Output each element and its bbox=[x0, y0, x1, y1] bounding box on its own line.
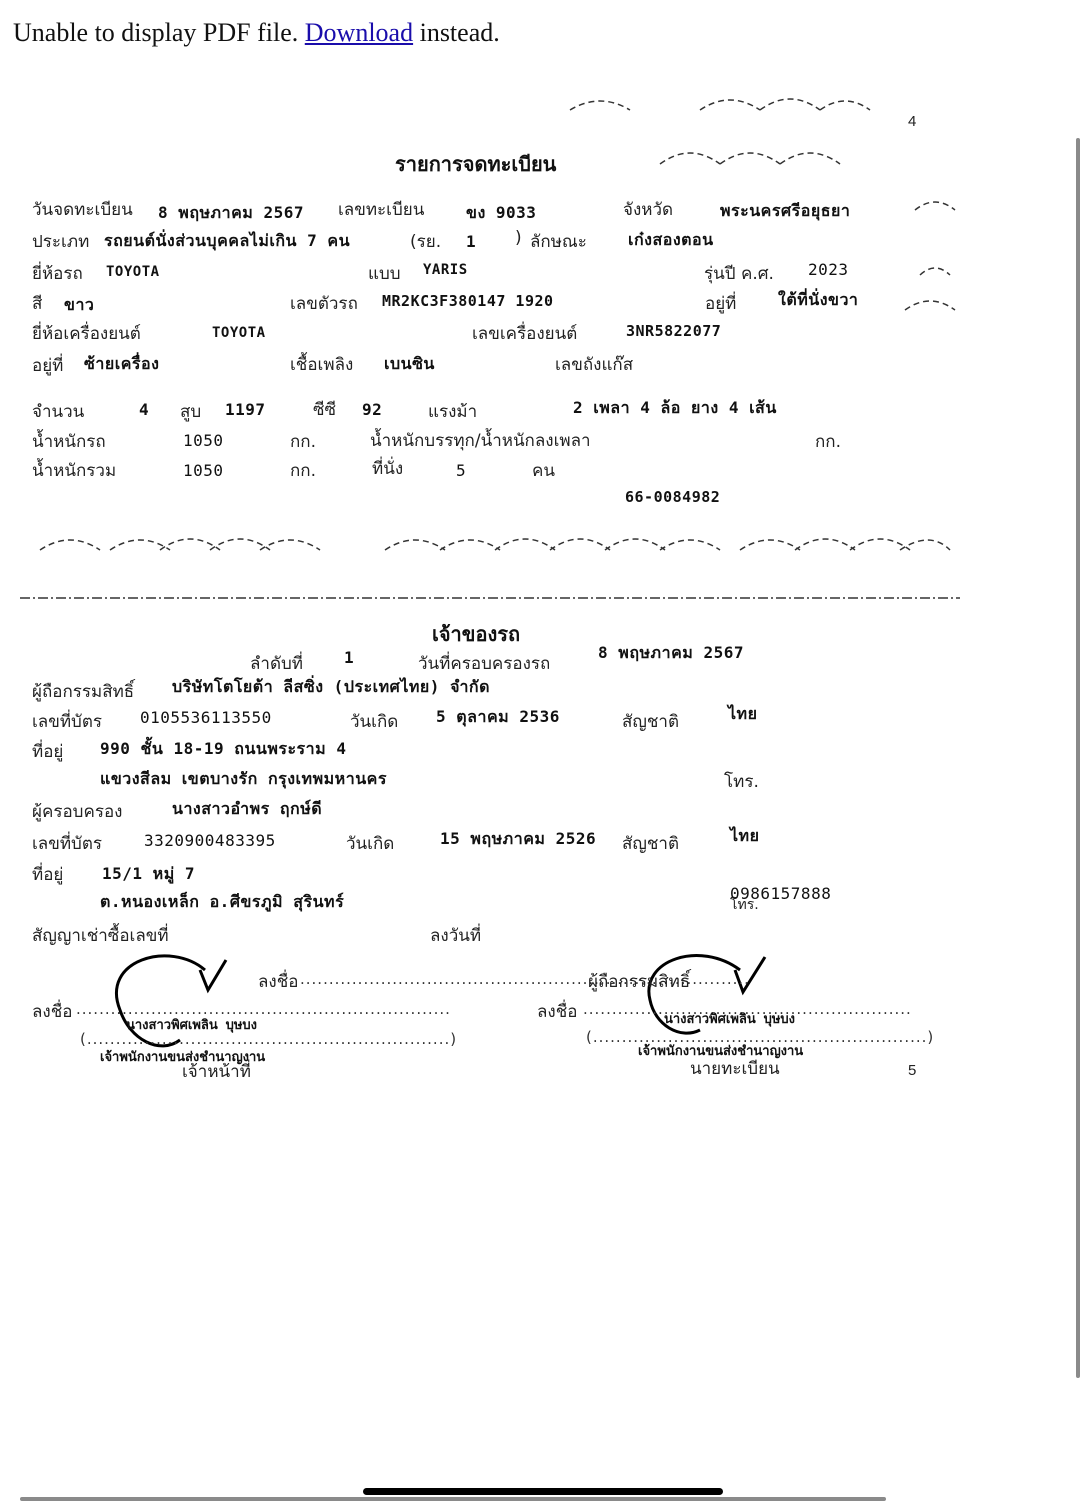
possessor-address-line1: 15/1 หมู่ 7 bbox=[102, 862, 195, 887]
type-label: ประเภท bbox=[32, 228, 89, 255]
cc-label: ซีซี bbox=[313, 396, 336, 423]
possessor-id: 3320900483395 bbox=[144, 831, 276, 850]
holder-nationality: ไทย bbox=[728, 702, 757, 727]
registration-document: 4 รายการจดทะเบียน วันจดทะเบียน 8 พฤษภาคม… bbox=[0, 80, 1070, 1110]
vertical-scrollbar[interactable] bbox=[1076, 138, 1080, 1378]
possessor-id-label: เลขที่บัตร bbox=[32, 830, 102, 857]
gas-tank-label: เลขถังแก๊ส bbox=[555, 351, 633, 378]
signed-date-label: ลงวันที่ bbox=[430, 922, 481, 949]
reg-date-label: วันจดทะเบียน bbox=[32, 196, 133, 223]
holder-dob-label: วันเกิด bbox=[350, 708, 398, 735]
holder-sign-label: ผู้ถือกรรมสิทธิ์ bbox=[588, 968, 690, 995]
possession-date: 8 พฤษภาคม 2567 bbox=[598, 641, 744, 666]
sign-label-middle: ลงชื่อ bbox=[258, 968, 298, 995]
possessor-nationality-label: สัญชาติ bbox=[622, 830, 679, 857]
possessor-label: ผู้ครอบครอง bbox=[32, 798, 122, 825]
model-year: 2023 bbox=[808, 260, 849, 279]
holder-dob: 5 ตุลาคม 2536 bbox=[436, 705, 560, 730]
holder-nationality-label: สัญชาติ bbox=[622, 708, 679, 735]
style-label: ลักษณะ bbox=[530, 228, 587, 255]
brand: TOYOTA bbox=[106, 264, 160, 280]
ry-label: (รย. bbox=[410, 228, 441, 255]
sign-label-registrar: ลงชื่อ bbox=[537, 998, 577, 1025]
registration-title: รายการจดทะเบียน bbox=[395, 148, 556, 180]
weight-label: น้ำหนักรถ bbox=[32, 428, 106, 455]
holder-label: ผู้ถือกรรมสิทธิ์ bbox=[32, 678, 134, 705]
order-label: ลำดับที่ bbox=[250, 650, 303, 677]
color: ขาว bbox=[64, 293, 94, 318]
holder-id: 0105536113550 bbox=[140, 708, 272, 727]
home-indicator[interactable] bbox=[363, 1488, 723, 1495]
engine-location-label: อยู่ที่ bbox=[32, 352, 63, 379]
download-link[interactable]: Download bbox=[305, 18, 413, 47]
registrar-role: นายทะเบียน bbox=[690, 1055, 780, 1082]
plate-number: ขง 9033 bbox=[466, 201, 536, 226]
possessor-dob-label: วันเกิด bbox=[346, 830, 394, 857]
officer-role: เจ้าหน้าที่ bbox=[182, 1058, 251, 1085]
possessor-phone: 0986157888 bbox=[730, 884, 831, 903]
cc-value: 1197 bbox=[225, 400, 266, 419]
engine-location: ซ้ายเครื่อง bbox=[84, 352, 159, 377]
cylinder-unit: สูบ bbox=[180, 398, 201, 425]
engine-number-label: เลขเครื่องยนต์ bbox=[472, 320, 577, 347]
cylinder-label: จำนวน bbox=[32, 398, 84, 425]
total-weight-label: น้ำหนักรวม bbox=[32, 457, 116, 484]
document-number: 66-0084982 bbox=[625, 488, 720, 506]
holder-id-label: เลขที่บัตร bbox=[32, 708, 102, 735]
year-label: รุ่นปี ค.ศ. bbox=[704, 260, 774, 287]
axles-wheels: 2 เพลา 4 ล้อ ยาง 4 เส้น bbox=[573, 396, 777, 421]
model-label: แบบ bbox=[368, 260, 401, 287]
reg-date: 8 พฤษภาคม 2567 bbox=[158, 201, 304, 226]
persons-unit: คน bbox=[532, 457, 555, 484]
body-style: เก๋งสองตอน bbox=[628, 228, 714, 253]
possessor-name: นางสาวอำพร ฤกษ์ดี bbox=[172, 797, 322, 822]
sign-label-officer: ลงชื่อ bbox=[32, 998, 72, 1025]
chassis-location: ใต้ที่นั่งขวา bbox=[778, 288, 858, 313]
vehicle-type: รถยนต์นั่งส่วนบุคคลไม่เกิน 7 คน bbox=[104, 229, 350, 254]
engine-number: 3NR5822077 bbox=[626, 322, 721, 340]
load-weight-unit: กก. bbox=[815, 428, 841, 455]
province: พระนครศรีอยุธยา bbox=[720, 199, 850, 224]
owner-section-title: เจ้าของรถ bbox=[432, 618, 520, 650]
chassis-location-label: อยู่ที่ bbox=[705, 290, 736, 317]
plate-label: เลขทะเบียน bbox=[338, 196, 424, 223]
page-number-bottom: 5 bbox=[908, 1062, 916, 1079]
load-weight-label: น้ำหนักบรรทุก/น้ำหนักลงเพลา bbox=[370, 427, 591, 454]
cylinder-count: 4 bbox=[139, 400, 149, 419]
fallback-suffix: instead. bbox=[420, 18, 500, 47]
vehicle-weight: 1050 bbox=[183, 431, 224, 450]
engine-brand-label: ยี่ห้อเครื่องยนต์ bbox=[32, 320, 141, 347]
holder-phone-label: โทร. bbox=[724, 768, 759, 795]
possessor-dob: 15 พฤษภาคม 2526 bbox=[440, 827, 596, 852]
fuel-label: เชื้อเพลิง bbox=[290, 351, 353, 378]
pdf-fallback-message: Unable to display PDF file. Download ins… bbox=[13, 18, 500, 48]
possessor-address-label: ที่อยู่ bbox=[32, 861, 63, 888]
possessor-address-line2: ต.หนองเหล็ก อ.ศีขรภูมิ สุรินทร์ bbox=[100, 890, 344, 915]
seats-label: ที่นั่ง bbox=[372, 455, 403, 482]
chassis-label: เลขตัวรถ bbox=[290, 290, 358, 317]
color-label: สี bbox=[32, 290, 42, 317]
total-weight: 1050 bbox=[183, 461, 224, 480]
chassis-number: MR2KC3F380147 1920 bbox=[382, 292, 554, 310]
registrar-name-stamp: นางสาวพิศเพลิน บุษบง bbox=[664, 1008, 795, 1029]
seat-count: 5 bbox=[456, 461, 466, 480]
horsepower: 92 bbox=[362, 400, 382, 419]
contract-label: สัญญาเช่าซื้อเลขที่ bbox=[32, 922, 169, 949]
brand-label: ยี่ห้อรถ bbox=[32, 260, 83, 287]
horsepower-label: แรงม้า bbox=[428, 398, 477, 425]
possessor-nationality: ไทย bbox=[730, 824, 759, 849]
horizontal-scrollbar[interactable] bbox=[20, 1497, 886, 1501]
holder-name: บริษัทโตโยต้า ลีสซิ่ง (ประเทศไทย) จำกัด bbox=[172, 675, 490, 700]
weight-unit: กก. bbox=[290, 428, 316, 455]
fallback-text: Unable to display PDF file. bbox=[13, 18, 298, 47]
possession-date-label: วันที่ครอบครองรถ bbox=[418, 650, 550, 677]
holder-address-line1: 990 ชั้น 18-19 ถนนพระราม 4 bbox=[100, 737, 346, 762]
ry-close: ) bbox=[515, 228, 522, 248]
ry-value: 1 bbox=[466, 232, 476, 251]
page-number-top: 4 bbox=[908, 113, 916, 130]
holder-address-line2: แขวงสีลม เขตบางรัก กรุงเทพมหานคร bbox=[100, 767, 387, 792]
total-weight-unit: กก. bbox=[290, 457, 316, 484]
province-label: จังหวัด bbox=[623, 196, 673, 223]
engine-brand: TOYOTA bbox=[212, 325, 266, 341]
order-number: 1 bbox=[344, 648, 354, 667]
holder-address-label: ที่อยู่ bbox=[32, 738, 63, 765]
model: YARIS bbox=[423, 262, 468, 278]
fuel-type: เบนซิน bbox=[384, 352, 435, 377]
